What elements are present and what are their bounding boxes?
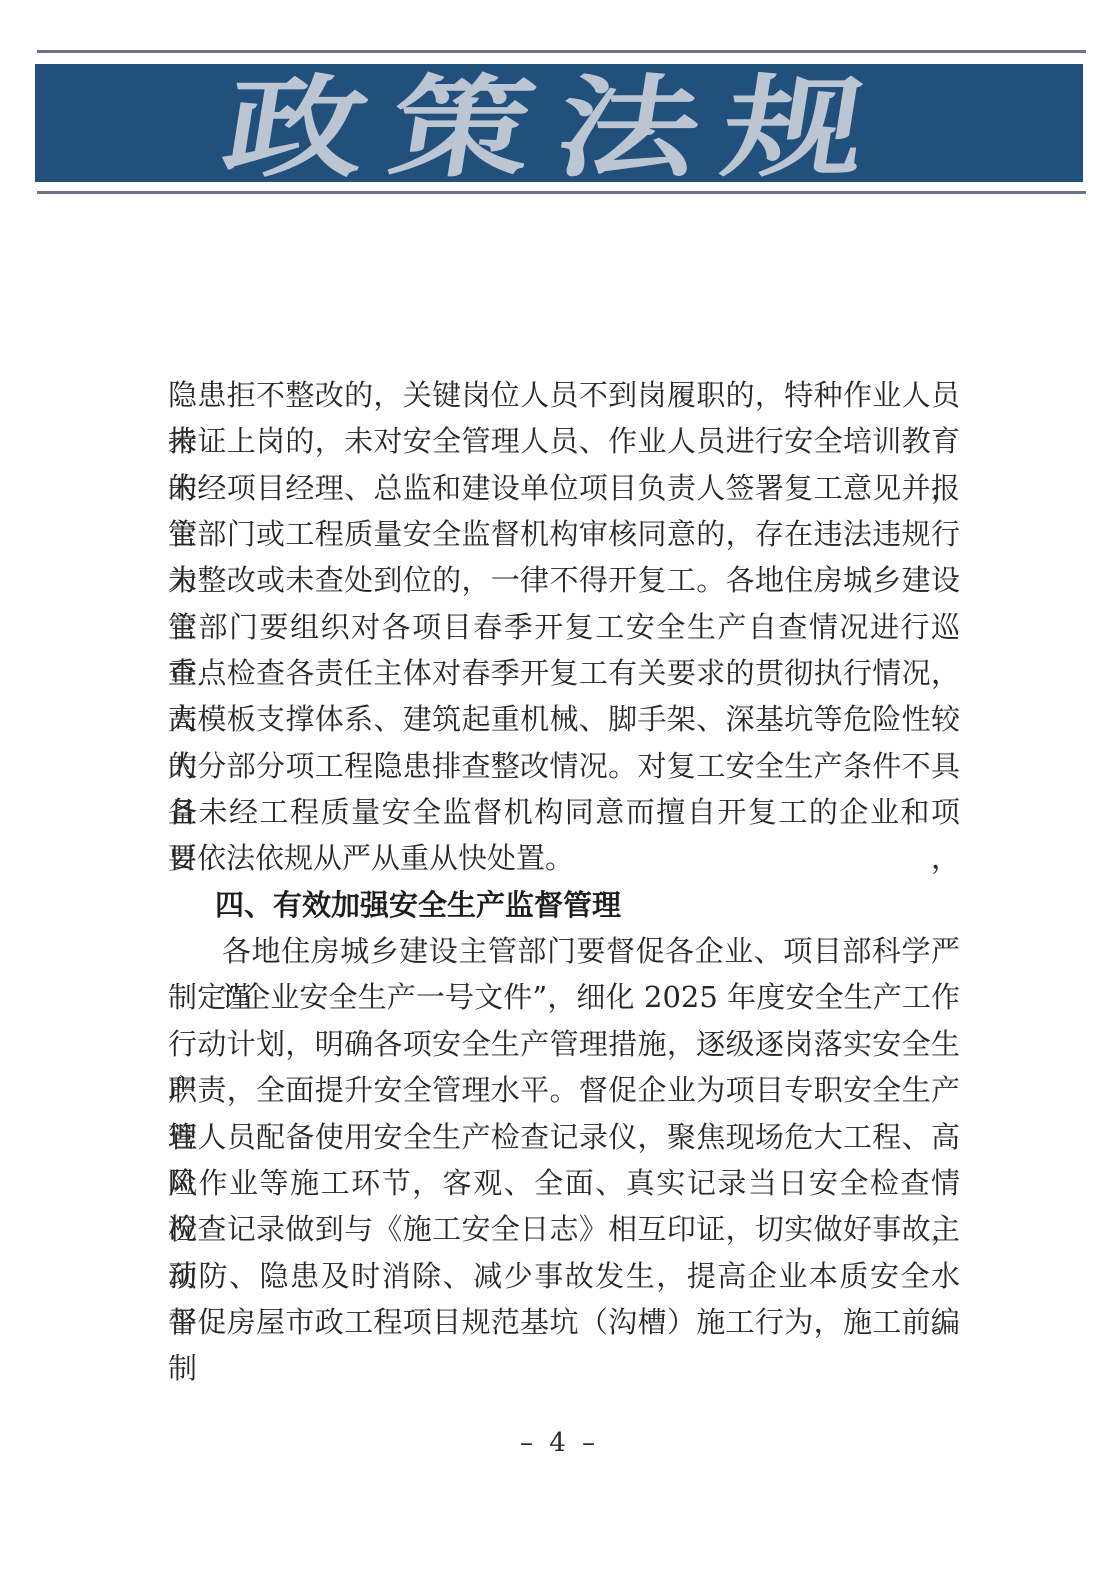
text-line: 预防、隐患及时消除、减少事故发生，提高企业本质安全水平。 (168, 1253, 960, 1299)
text-line: 制定“企业安全生产一号文件”，细化 2025 年度安全生产工作 (168, 974, 960, 1020)
text-line: 大模板支撑体系、建筑起重机械、脚手架、深基坑等危险性较大 (168, 696, 960, 742)
section-heading: 四、有效加强安全生产监督管理 (168, 882, 960, 928)
text-line: 督促房屋市政工程项目规范基坑（沟槽）施工行为，施工前编制 (168, 1299, 960, 1345)
text-line: 管部门或工程质量安全监督机构审核同意的，存在违法违规行为 (168, 511, 960, 557)
text-line: 理人员配备使用安全生产检查记录仪，聚焦现场危大工程、高风 (168, 1114, 960, 1160)
text-line: 持证上岗的，未对安全管理人员、作业人员进行安全培训教育的， (168, 418, 960, 464)
banner-title: 政策法规 (217, 63, 901, 183)
text-line: 管部门要组织对各项目春季开复工安全生产自查情况进行巡查， (168, 604, 960, 650)
text-line: 重点检查各责任主体对春季开复工有关要求的贯彻执行情况，高 (168, 650, 960, 696)
text-line: 且未经工程质量安全监督机构同意而擅自开复工的企业和项目， (168, 789, 960, 835)
document-page: 政策法规 隐患拒不整改的，关键岗位人员不到岗履职的，特种作业人员未 持证上岗的，… (0, 0, 1119, 1584)
text-line: 隐患拒不整改的，关键岗位人员不到岗履职的，特种作业人员未 (168, 372, 960, 418)
header-banner: 政策法规 (35, 64, 1083, 182)
text-line: 的分部分项工程隐患排查整改情况。对复工安全生产条件不具备 (168, 743, 960, 789)
header-rule-top (37, 50, 1086, 53)
text-line: 检查记录做到与《施工安全日志》相互印证，切实做好事故主动 (168, 1206, 960, 1252)
text-line: 职责，全面提升安全管理水平。督促企业为项目专职安全生产管 (168, 1067, 960, 1113)
text-line: 未经项目经理、总监和建设单位项目负责人签署复工意见并报主 (168, 465, 960, 511)
header-rule-bottom (37, 191, 1086, 194)
page-number: – 4 – (0, 1426, 1119, 1460)
text-line: 险作业等施工环节，客观、全面、真实记录当日安全检查情况， (168, 1160, 960, 1206)
text-line: 未整改或未查处到位的，一律不得开复工。各地住房城乡建设主 (168, 557, 960, 603)
text-line: 行动计划，明确各项安全生产管理措施，逐级逐岗落实安全生产 (168, 1021, 960, 1067)
body-text: 隐患拒不整改的，关键岗位人员不到岗履职的，特种作业人员未 持证上岗的，未对安全管… (168, 372, 960, 1345)
text-line: 各地住房城乡建设主管部门要督促各企业、项目部科学严谨 (168, 928, 960, 974)
